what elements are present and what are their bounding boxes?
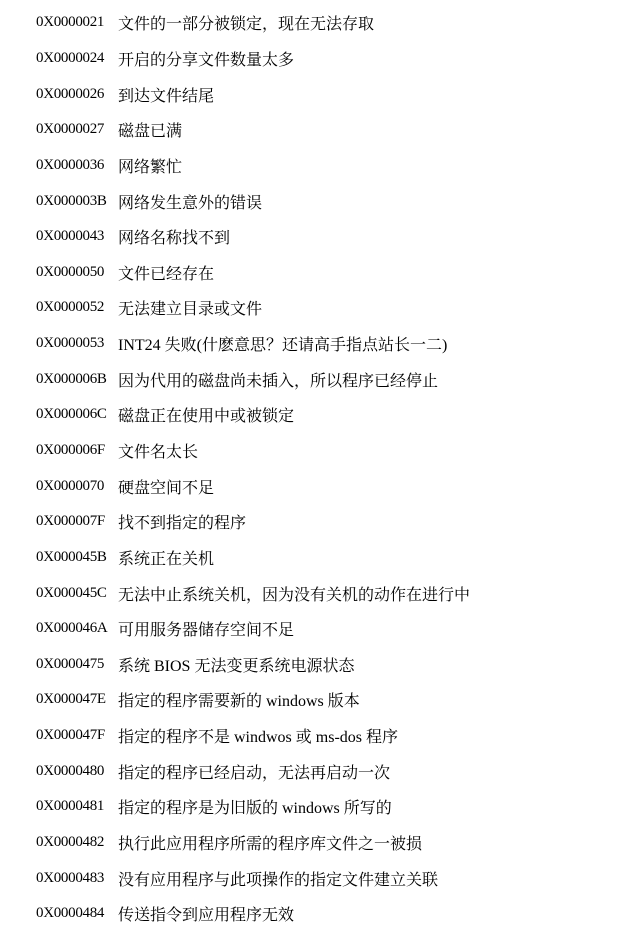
- error-description: 没有应用程序与此项操作的指定文件建立关联: [118, 867, 438, 890]
- error-list-row: 0X0000484 传送指令到应用程序无效: [36, 896, 640, 930]
- error-description: 无法中止系统关机，因为没有关机的动作在进行中: [118, 582, 470, 605]
- error-code: 0X000006B: [36, 371, 110, 388]
- error-list-row: 0X000007F 找不到指定的程序: [36, 504, 640, 540]
- error-description: 磁盘正在使用中或被锁定: [118, 403, 294, 426]
- error-code: 0X000045C: [36, 585, 110, 602]
- error-list-row: 0X000006C 磁盘正在使用中或被锁定: [36, 397, 640, 433]
- error-description: 无法建立目录或文件: [118, 296, 262, 319]
- error-code: 0X0000483: [36, 870, 110, 887]
- error-description: 指定的程序不是 windwos 或 ms-dos 程序: [118, 724, 398, 747]
- error-description: 找不到指定的程序: [118, 510, 246, 533]
- error-description: 文件已经存在: [118, 261, 214, 284]
- error-description: 开启的分享文件数量太多: [118, 47, 294, 70]
- error-list-row: 0X000047F 指定的程序不是 windwos 或 ms-dos 程序: [36, 718, 640, 754]
- error-list-row: 0X000046A 可用服务器储存空间不足: [36, 611, 640, 647]
- error-code: 0X0000053: [36, 335, 110, 352]
- error-code: 0X000045B: [36, 549, 110, 566]
- error-description: 指定的程序已经启动，无法再启动一次: [118, 760, 390, 783]
- error-list-row: 0X0000024 开启的分享文件数量太多: [36, 41, 640, 77]
- error-code: 0X0000043: [36, 228, 110, 245]
- error-list-row: 0X0000070 硬盘空间不足: [36, 468, 640, 504]
- error-list-row: 0X000003B 网络发生意外的错误: [36, 183, 640, 219]
- error-description: 指定的程序需要新的 windows 版本: [118, 688, 360, 711]
- error-list-row: 0X0000050 文件已经存在: [36, 254, 640, 290]
- error-description: INT24 失败(什麽意思？还请高手指点站长一二): [118, 332, 447, 355]
- error-description: 系统 BIOS 无法变更系统电源状态: [118, 653, 354, 676]
- error-description: 文件名太长: [118, 439, 198, 462]
- error-description: 系统正在关机: [118, 546, 214, 569]
- error-description: 文件的一部分被锁定，现在无法存取: [118, 11, 374, 34]
- error-code: 0X000006F: [36, 442, 110, 459]
- error-code: 0X0000026: [36, 86, 110, 103]
- error-code: 0X0000475: [36, 656, 110, 673]
- error-list-row: 0X000006F 文件名太长: [36, 433, 640, 469]
- error-list-row: 0X000047E 指定的程序需要新的 windows 版本: [36, 682, 640, 718]
- error-description: 可用服务器储存空间不足: [118, 617, 294, 640]
- error-list-row: 0X0000483 没有应用程序与此项操作的指定文件建立关联: [36, 860, 640, 896]
- error-description: 网络发生意外的错误: [118, 190, 262, 213]
- error-list-row: 0X0000481 指定的程序是为旧版的 windows 所写的: [36, 789, 640, 825]
- error-code: 0X0000027: [36, 121, 110, 138]
- error-code: 0X0000050: [36, 264, 110, 281]
- error-description: 硬盘空间不足: [118, 475, 214, 498]
- error-list-row: 0X0000052 无法建立目录或文件: [36, 290, 640, 326]
- error-description: 网络名称找不到: [118, 225, 230, 248]
- error-description: 到达文件结尾: [118, 83, 214, 106]
- error-code: 0X000003B: [36, 193, 110, 210]
- error-code: 0X0000484: [36, 905, 110, 922]
- error-list-row: 0X0000482 执行此应用程序所需的程序库文件之一被损: [36, 825, 640, 861]
- error-list-row: 0X0000480 指定的程序已经启动，无法再启动一次: [36, 753, 640, 789]
- error-list-row: 0X000045C 无法中止系统关机，因为没有关机的动作在进行中: [36, 575, 640, 611]
- error-code: 0X0000036: [36, 157, 110, 174]
- error-code: 0X000046A: [36, 620, 110, 637]
- error-description: 传送指令到应用程序无效: [118, 902, 294, 925]
- error-code: 0X000006C: [36, 406, 110, 423]
- error-list-row: 0X000006B 因为代用的磁盘尚未插入，所以程序已经停止: [36, 361, 640, 397]
- error-list-row: 0X0000036 网络繁忙: [36, 148, 640, 184]
- error-code: 0X000007F: [36, 513, 110, 530]
- error-list-row: 0X000045B 系统正在关机: [36, 540, 640, 576]
- error-description: 因为代用的磁盘尚未插入，所以程序已经停止: [118, 368, 438, 391]
- error-code: 0X0000480: [36, 763, 110, 780]
- error-description: 网络繁忙: [118, 154, 182, 177]
- error-list-row: 0X0000053 INT24 失败(什麽意思？还请高手指点站长一二): [36, 326, 640, 362]
- error-code: 0X0000482: [36, 834, 110, 851]
- error-description: 磁盘已满: [118, 118, 182, 141]
- error-code: 0X0000024: [36, 50, 110, 67]
- error-code: 0X0000052: [36, 299, 110, 316]
- error-list-row: 0X0000027 磁盘已满: [36, 112, 640, 148]
- error-description: 执行此应用程序所需的程序库文件之一被损: [118, 831, 422, 854]
- error-list-row: 0X0000026 到达文件结尾: [36, 76, 640, 112]
- error-code: 0X0000070: [36, 478, 110, 495]
- error-code-list: 0X0000021 文件的一部分被锁定，现在无法存取 0X0000024 开启的…: [0, 0, 640, 930]
- error-list-row: 0X0000043 网络名称找不到: [36, 219, 640, 255]
- error-code: 0X0000481: [36, 798, 110, 815]
- error-list-row: 0X0000475 系统 BIOS 无法变更系统电源状态: [36, 647, 640, 683]
- error-list-row: 0X0000021 文件的一部分被锁定，现在无法存取: [36, 5, 640, 41]
- error-code: 0X0000021: [36, 14, 110, 31]
- error-description: 指定的程序是为旧版的 windows 所写的: [118, 795, 392, 818]
- error-code: 0X000047F: [36, 727, 110, 744]
- error-code: 0X000047E: [36, 691, 110, 708]
